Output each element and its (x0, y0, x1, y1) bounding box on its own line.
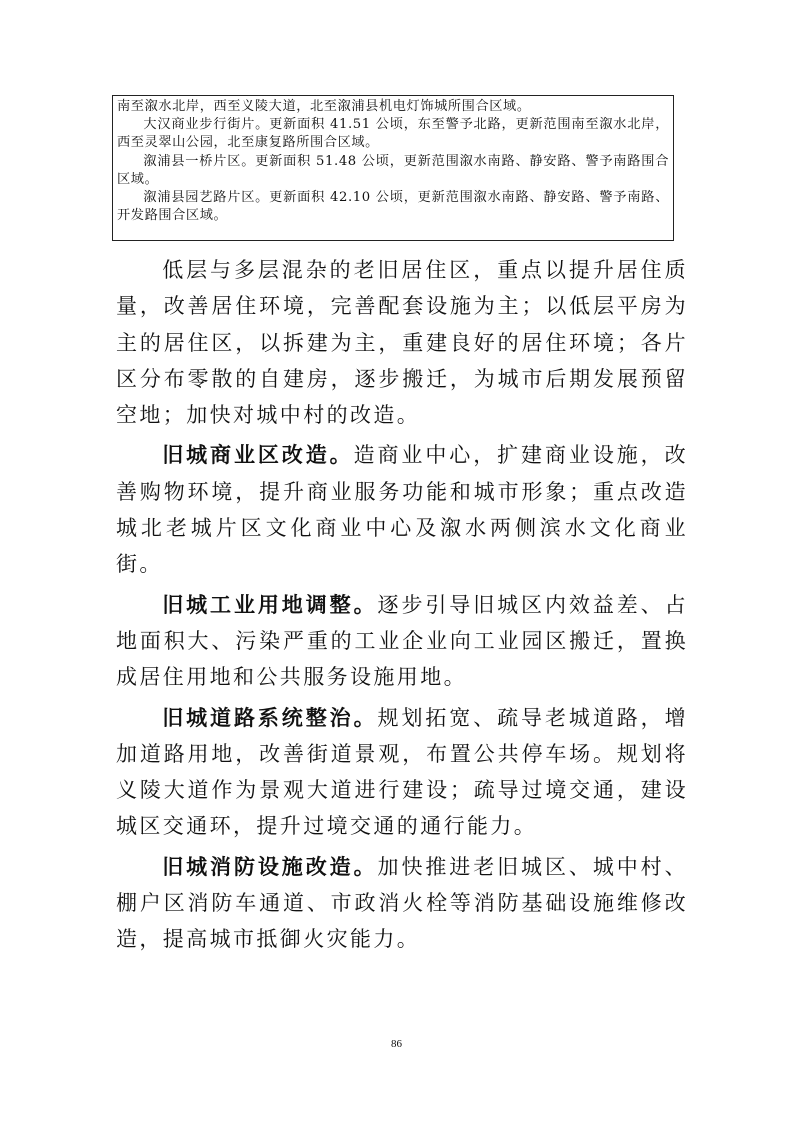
boxed-note-paragraph: 溆浦县园艺路片区。更新面积 42.10 公顷，更新范围溆水南路、静安路、警予南路… (117, 189, 669, 225)
paragraph-heading: 旧城商业区改造。 (162, 442, 353, 467)
paragraph-heading: 旧城消防设施改造。 (162, 854, 377, 879)
body-paragraph: 低层与多层混杂的老旧居住区，重点以提升居住质量，改善居住环境，完善配套设施为主；… (116, 252, 688, 433)
body-paragraph: 旧城消防设施改造。加快推进老旧城区、城中村、棚户区消防车通道、市政消火栓等消防基… (116, 849, 688, 958)
boxed-note-paragraph: 溆浦县一桥片区。更新面积 51.48 公顷，更新范围溆水南路、静安路、警予南路围… (117, 153, 669, 189)
body-paragraph: 旧城道路系统整治。规划拓宽、疏导老城道路，增加道路用地，改善街道景观，布置公共停… (116, 700, 688, 845)
body-paragraph: 旧城工业用地调整。逐步引导旧城区内效益差、占地面积大、污染严重的工业企业向工业园… (116, 587, 688, 696)
body-text: 低层与多层混杂的老旧居住区，重点以提升居住质量，改善居住环境，完善配套设施为主；… (116, 252, 688, 958)
page-number: 86 (0, 1038, 793, 1050)
boxed-note-paragraph: 大汉商业步行街片。更新面积 41.51 公顷，东至警予北路，更新范围南至溆水北岸… (117, 116, 669, 152)
paragraph-heading: 旧城道路系统整治。 (162, 705, 377, 730)
boxed-note: 南至溆水北岸，西至义陵大道，北至溆浦县机电灯饰城所围合区域。 大汉商业步行街片。… (112, 95, 674, 241)
document-page: 南至溆水北岸，西至义陵大道，北至溆浦县机电灯饰城所围合区域。 大汉商业步行街片。… (0, 0, 793, 1122)
paragraph-heading: 旧城工业用地调整。 (162, 592, 377, 617)
paragraph-text: 低层与多层混杂的老旧居住区，重点以提升居住质量，改善居住环境，完善配套设施为主；… (116, 258, 688, 427)
boxed-note-paragraph: 南至溆水北岸，西至义陵大道，北至溆浦县机电灯饰城所围合区域。 (117, 98, 669, 116)
body-paragraph: 旧城商业区改造。造商业中心，扩建商业设施，改善购物环境，提升商业服务功能和城市形… (116, 437, 688, 582)
